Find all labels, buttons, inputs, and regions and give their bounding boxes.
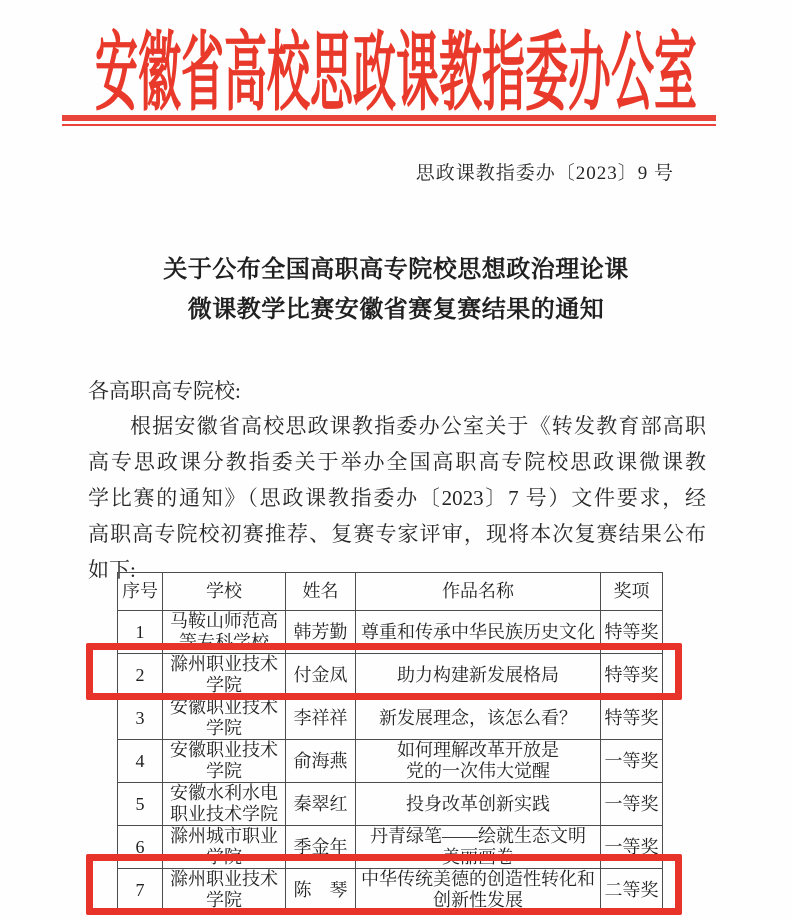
column-header-prize: 奖项 [601, 573, 663, 611]
cell-work: 助力构建新发展格局 [356, 654, 601, 697]
cell-school: 马鞍山师范高 等专科学校 [163, 611, 286, 654]
cell-name: 李祥祥 [286, 697, 356, 740]
cell-prize: 一等奖 [601, 783, 663, 826]
body-line: 根据安徽省高校思政课教指委办公室关于《转发教育部高职 [88, 408, 706, 444]
cell-name: 俞海燕 [286, 740, 356, 783]
body-line: 高专思政课分教指委关于举办全国高职高专院校思政课微课教 [88, 444, 706, 480]
cell-work: 尊重和传承中华民族历史文化 [356, 611, 601, 654]
table-header-row: 序号 学校 姓名 作品名称 奖项 [118, 573, 663, 611]
cell-school: 安徽水利水电 职业技术学院 [163, 783, 286, 826]
letterhead-separator-thin-line [62, 124, 716, 126]
cell-no: 6 [118, 826, 163, 869]
cell-name: 付金凤 [286, 654, 356, 697]
table-row: 1 马鞍山师范高 等专科学校 韩芳勤 尊重和传承中华民族历史文化 特等奖 [118, 611, 663, 654]
cell-work: 新发展理念，该怎么看？ [356, 697, 601, 740]
cell-name: 韩芳勤 [286, 611, 356, 654]
letterhead-separator-thick-line [62, 115, 716, 121]
cell-name: 秦翠红 [286, 783, 356, 826]
cell-prize: 一等奖 [601, 740, 663, 783]
cell-no: 5 [118, 783, 163, 826]
salutation: 各高职高专院校: [88, 375, 241, 405]
cell-school: 滁州城市职业 学院 [163, 826, 286, 869]
column-header-school: 学校 [163, 573, 286, 611]
document-number: 思政课教指委办〔2023〕9 号 [416, 158, 674, 185]
table-row: 5 安徽水利水电 职业技术学院 秦翠红 投身改革创新实践 一等奖 [118, 783, 663, 826]
table-row: 4 安徽职业技术 学院 俞海燕 如何理解改革开放是 党的一次伟大觉醒 一等奖 [118, 740, 663, 783]
document-title-line1: 关于公布全国高职高专院校思想政治理论课 [0, 250, 792, 290]
cell-work: 丹青绿笔——绘就生态文明 美丽画卷 [356, 826, 601, 869]
results-table: 序号 学校 姓名 作品名称 奖项 1 马鞍山师范高 等专科学校 韩芳勤 尊重和传… [117, 572, 663, 912]
cell-work: 投身改革创新实践 [356, 783, 601, 826]
body-line: 学比赛的通知》（思政课教指委办〔2023〕7 号）文件要求，经 [88, 480, 706, 516]
cell-no: 7 [118, 869, 163, 912]
body-paragraph: 根据安徽省高校思政课教指委办公室关于《转发教育部高职 高专思政课分教指委关于举办… [88, 408, 706, 588]
table-row: 2 滁州职业技术 学院 付金凤 助力构建新发展格局 特等奖 [118, 654, 663, 697]
table-row: 3 安徽职业技术 学院 李祥祥 新发展理念，该怎么看？ 特等奖 [118, 697, 663, 740]
body-line: 高职高专院校初赛推荐、复赛专家评审，现将本次复赛结果公布 [88, 516, 706, 552]
cell-prize: 特等奖 [601, 654, 663, 697]
cell-no: 3 [118, 697, 163, 740]
letterhead-org-title: 安徽省高校思政课教指委办公室 [0, 6, 792, 128]
cell-no: 2 [118, 654, 163, 697]
column-header-work: 作品名称 [356, 573, 601, 611]
cell-no: 4 [118, 740, 163, 783]
cell-name: 季金年 [286, 826, 356, 869]
cell-prize: 特等奖 [601, 697, 663, 740]
cell-prize: 特等奖 [601, 611, 663, 654]
document-title: 关于公布全国高职高专院校思想政治理论课 微课教学比赛安徽省赛复赛结果的通知 [0, 250, 792, 330]
cell-prize: 一等奖 [601, 826, 663, 869]
cell-name: 陈 琴 [286, 869, 356, 912]
cell-prize: 二等奖 [601, 869, 663, 912]
cell-school: 安徽职业技术 学院 [163, 697, 286, 740]
cell-no: 1 [118, 611, 163, 654]
cell-school: 滁州职业技术 学院 [163, 654, 286, 697]
table-row: 6 滁州城市职业 学院 季金年 丹青绿笔——绘就生态文明 美丽画卷 一等奖 [118, 826, 663, 869]
column-header-name: 姓名 [286, 573, 356, 611]
cell-work: 如何理解改革开放是 党的一次伟大觉醒 [356, 740, 601, 783]
document-page: 安徽省高校思政课教指委办公室 思政课教指委办〔2023〕9 号 关于公布全国高职… [0, 0, 792, 919]
cell-school: 安徽职业技术 学院 [163, 740, 286, 783]
table-row: 7 滁州职业技术 学院 陈 琴 中华传统美德的创造性转化和 创新性发展 二等奖 [118, 869, 663, 912]
cell-work: 中华传统美德的创造性转化和 创新性发展 [356, 869, 601, 912]
document-title-line2: 微课教学比赛安徽省赛复赛结果的通知 [0, 290, 792, 330]
column-header-no: 序号 [118, 573, 163, 611]
cell-school: 滁州职业技术 学院 [163, 869, 286, 912]
